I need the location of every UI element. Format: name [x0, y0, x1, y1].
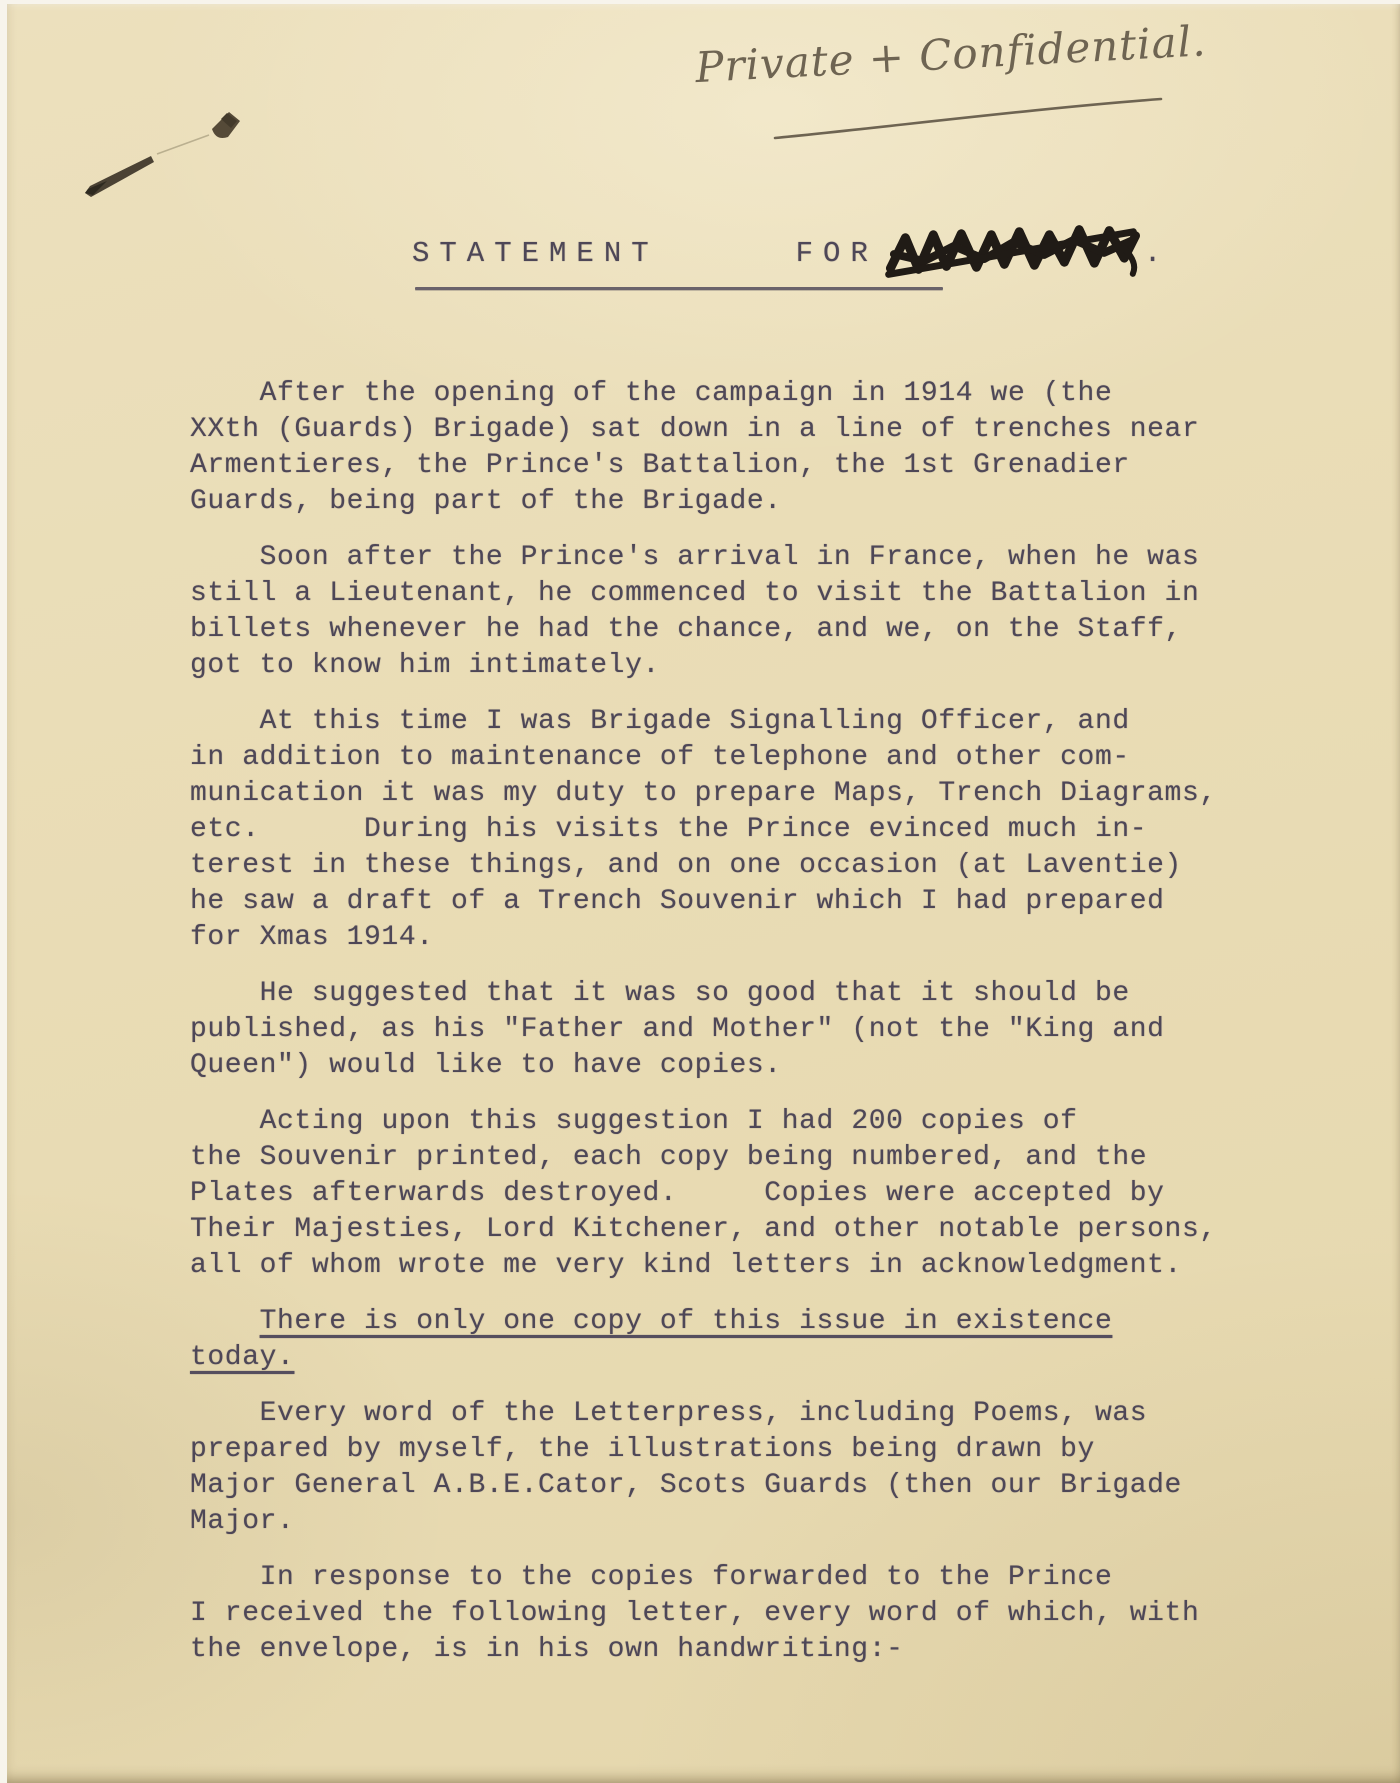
handwritten-underline — [769, 94, 1169, 144]
handwritten-note: Private + Confidential. — [694, 17, 1196, 92]
paragraph-2: Soon after the Prince's arrival in Franc… — [190, 540, 1252, 684]
paragraph-1: After the opening of the campaign in 191… — [190, 376, 1252, 520]
paragraph-3: At this time I was Brigade Signalling Of… — [190, 704, 1252, 956]
document-page: Private + Confidential. STATEMENT FOR . … — [7, 4, 1400, 1783]
redaction-scribble-icon — [883, 216, 1143, 287]
document-title: STATEMENT FOR . — [412, 222, 1161, 284]
title-text: STATEMENT FOR — [412, 237, 878, 270]
paragraph-4: He suggested that it was so good that it… — [190, 976, 1252, 1084]
pin-fastener-icon — [77, 99, 257, 204]
paragraph-8: In response to the copies forwarded to t… — [190, 1560, 1252, 1668]
document-body: After the opening of the campaign in 191… — [190, 376, 1252, 1688]
title-period: . — [1144, 237, 1161, 270]
paragraph-6-underlined: There is only one copy of this issue in … — [190, 1304, 1252, 1376]
paragraph-7: Every word of the Letterpress, including… — [190, 1396, 1252, 1540]
title-underline — [415, 287, 943, 290]
paragraph-5: Acting upon this suggestion I had 200 co… — [190, 1104, 1252, 1284]
